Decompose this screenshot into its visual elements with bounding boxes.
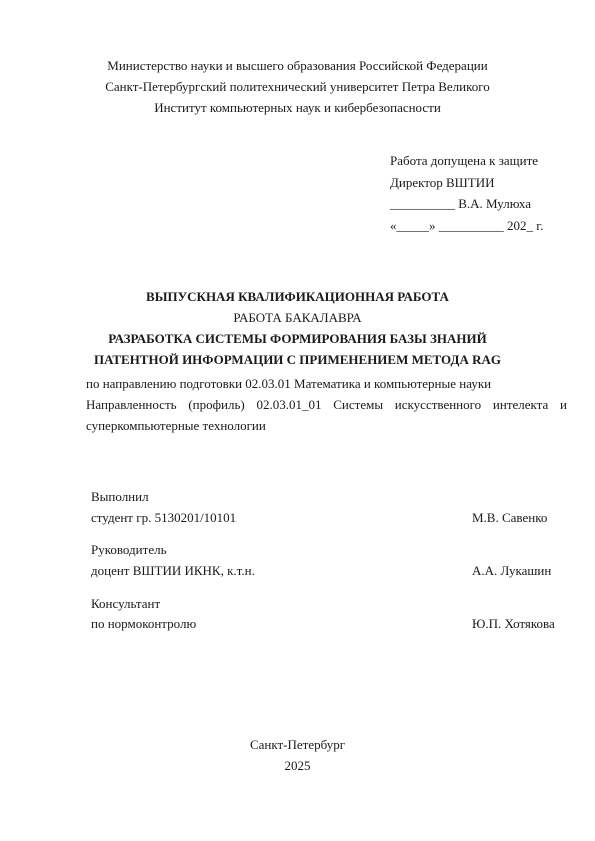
university-name: Санкт-Петербургский политехнический унив… (0, 79, 595, 95)
institute-name: Институт компьютерных наук и кибербезопа… (0, 100, 595, 116)
signature-position-supervisor: доцент ВШТИИ ИКНК, к.т.н. (91, 563, 255, 579)
signature-role-consultant: Консультант (91, 596, 160, 612)
approval-signature: __________ В.А. Мулюха (390, 193, 543, 215)
signature-name-consultant: Ю.П. Хотякова (472, 616, 555, 632)
approval-block: Работа допущена к защите Директор ВШТИИ … (390, 150, 543, 236)
signature-position-consultant: по нормоконтролю (91, 616, 196, 632)
program-info: по направлению подготовки 02.03.01 Матем… (86, 373, 567, 436)
topic-line-2: ПАТЕНТНОЙ ИНФОРМАЦИИ С ПРИМЕНЕНИЕМ МЕТОД… (0, 352, 595, 368)
program-direction: по направлению подготовки 02.03.01 Матем… (86, 373, 567, 394)
approval-admitted: Работа допущена к защите (390, 150, 543, 172)
signature-role-author: Выполнил (91, 489, 149, 505)
signature-position-author: студент гр. 5130201/10101 (91, 510, 236, 526)
topic-line-1: РАЗРАБОТКА СИСТЕМЫ ФОРМИРОВАНИЯ БАЗЫ ЗНА… (0, 331, 595, 347)
signature-name-author: М.В. Савенко (472, 510, 547, 526)
program-profile-line-1: Направленность (профиль) 02.03.01_01 Сис… (86, 394, 567, 415)
degree-type: РАБОТА БАКАЛАВРА (0, 310, 595, 326)
city: Санкт-Петербург (0, 737, 595, 753)
approval-date: «_____» __________ 202_ г. (390, 215, 543, 237)
signature-role-supervisor: Руководитель (91, 542, 167, 558)
year: 2025 (0, 758, 595, 774)
ministry-name: Министерство науки и высшего образования… (0, 58, 595, 74)
approval-director: Директор ВШТИИ (390, 172, 543, 194)
program-profile-line-2: суперкомпьютерные технологии (86, 415, 567, 436)
work-type: ВЫПУСКНАЯ КВАЛИФИКАЦИОННАЯ РАБОТА (0, 289, 595, 305)
signature-name-supervisor: А.А. Лукашин (472, 563, 551, 579)
